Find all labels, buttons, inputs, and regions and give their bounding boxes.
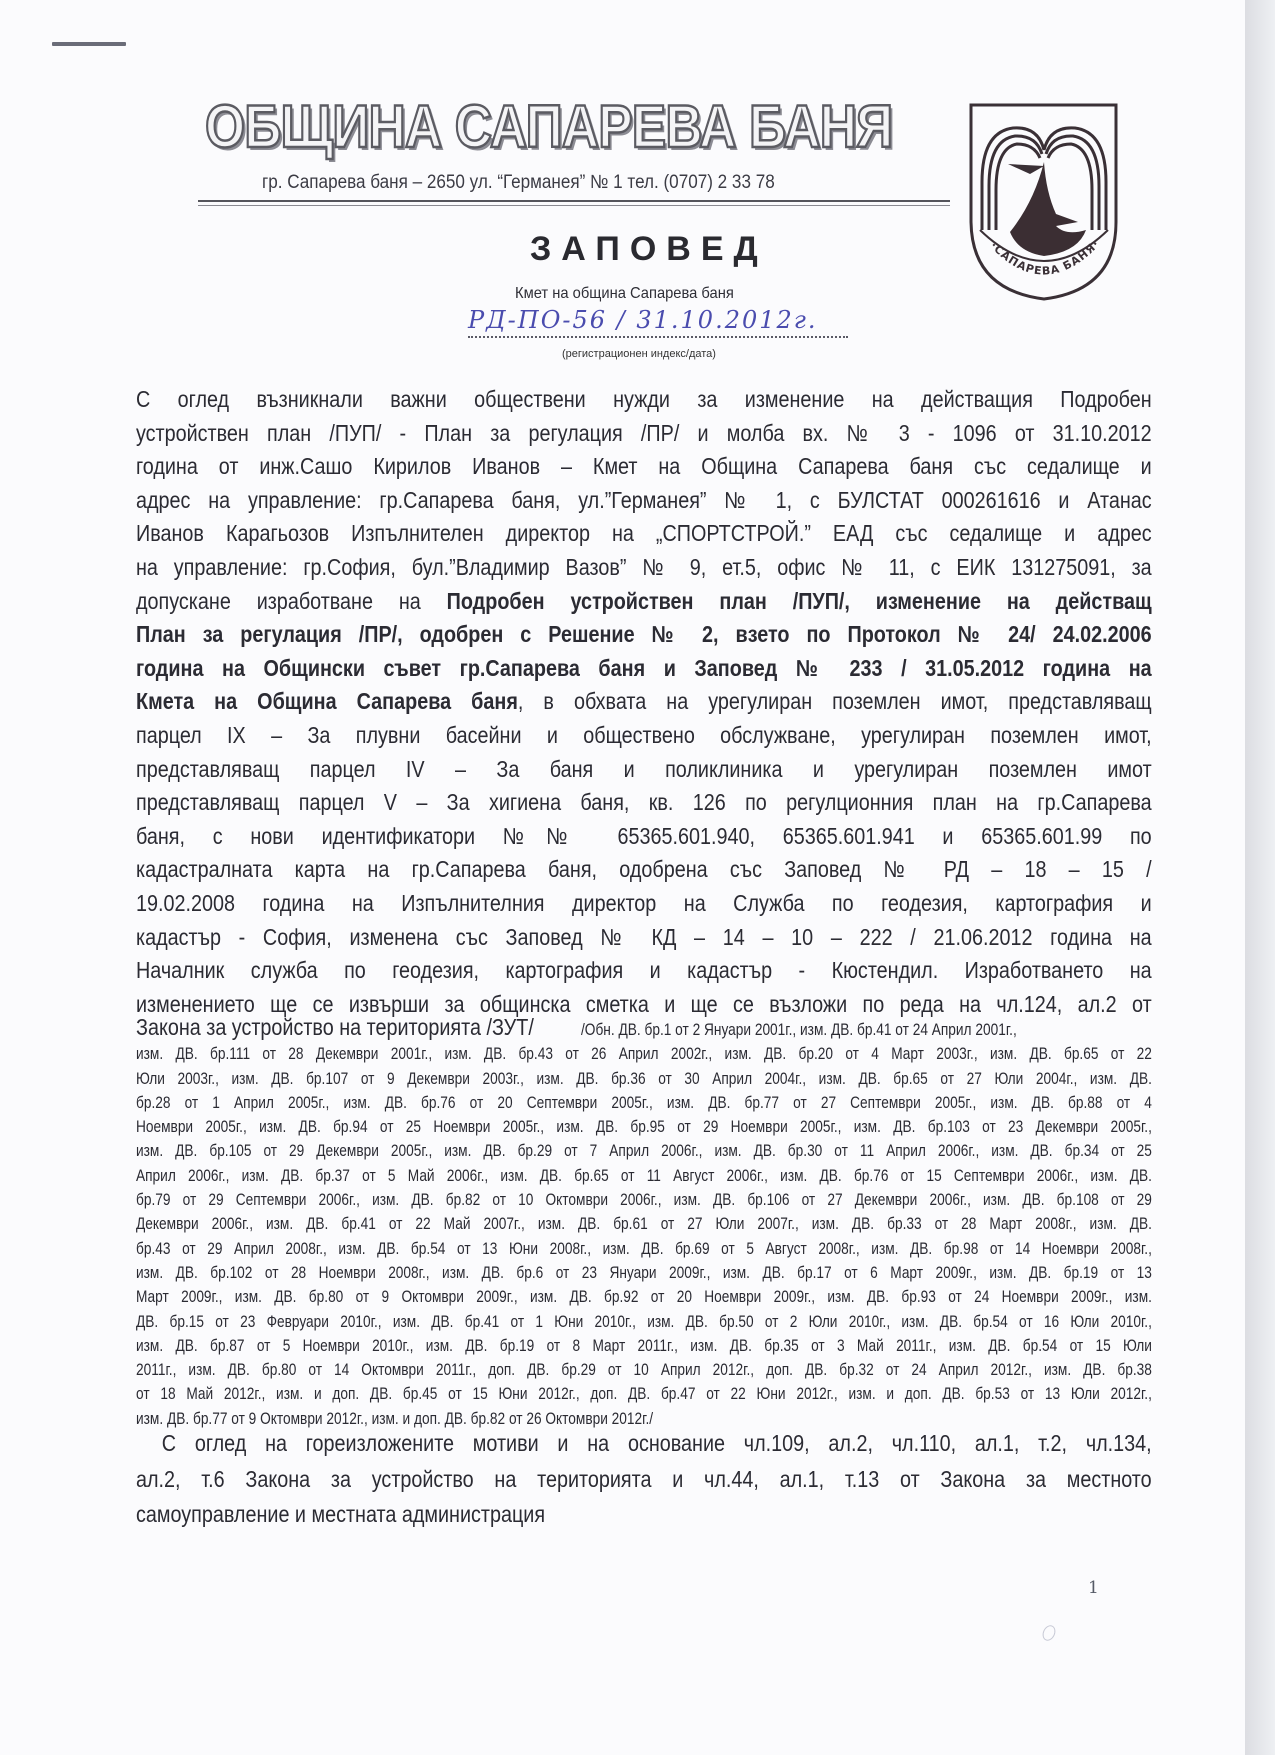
amendment-line: изм. ДВ. бр.105 от 29 Декември 2005г., и… xyxy=(136,1139,1152,1163)
body-line: Кмета на Община Сапарева баня, в обхвата… xyxy=(136,685,1152,719)
body-paragraph: С оглед възникнали важни обществени нужд… xyxy=(136,383,1152,1021)
registration-number-handwritten: РД-ПО-56 / 31.10.2012г. xyxy=(468,306,848,338)
closing-paragraph: С оглед на гореизложените мотиви и на ос… xyxy=(136,1426,1152,1533)
amendment-line: бр.79 от 29 Септември 2006г., изм. ДВ. б… xyxy=(136,1188,1152,1212)
body-line: допускане изработване на Подробен устрой… xyxy=(136,585,1152,619)
body-line: С оглед възникнали важни обществени нужд… xyxy=(136,383,1152,417)
org-address: гр. Сапарева баня – 2650 ул. “Германея” … xyxy=(262,172,775,194)
amendment-line: изм. ДВ. бр.102 от 28 Ноември 2008г., из… xyxy=(136,1261,1152,1285)
body-line: адрес на управление: гр.Сапарева баня, у… xyxy=(136,484,1152,518)
body-line: 19.02.2008 година на Изпълнителния дирек… xyxy=(136,887,1152,921)
closing-line: С оглед на гореизложените мотиви и на ос… xyxy=(136,1426,1152,1462)
corner-mark xyxy=(52,42,126,46)
amendment-line: Ноември 2005г., изм. ДВ. бр.94 от 25 Ное… xyxy=(136,1115,1152,1139)
closing-line: самоуправление и местната администрация xyxy=(136,1497,1152,1533)
body-line: парцел IX – За плувни басейни и обществе… xyxy=(136,719,1152,753)
body-line: баня, с нови идентификатори №№ 65365.601… xyxy=(136,820,1152,854)
document-title: ЗАПОВЕД xyxy=(530,230,768,269)
amendment-line: Юли 2003г., изм. ДВ. бр.107 от 9 Декемвр… xyxy=(136,1067,1152,1091)
header-rule xyxy=(198,200,950,206)
body-line: представляващ парцел V – За хигиена баня… xyxy=(136,786,1152,820)
body-line: устройствен план /ПУП/ - План за регулац… xyxy=(136,417,1152,451)
issuer-line: Кмет на община Сапарева баня xyxy=(515,285,734,303)
municipality-crest-icon: ·САПАРЕВА БАНЯ· xyxy=(968,102,1120,302)
page-number: 1 xyxy=(1088,1578,1099,1598)
amendment-line: 2011г., изм. ДВ. бр.80 от 14 Октомври 20… xyxy=(136,1358,1152,1382)
body-line: Иванов Карагьозов Изпълнителен директор … xyxy=(136,517,1152,551)
amendment-line: изм. ДВ. бр.111 от 28 Декември 2001г., и… xyxy=(136,1042,1152,1066)
body-line: година от инж.Сашо Кирилов Иванов – Кмет… xyxy=(136,450,1152,484)
amendment-line: /Обн. ДВ. бр.1 от 2 Януари 2001г., изм. … xyxy=(581,1018,1150,1042)
body-line: План за регулация /ПР/, одобрен с Решени… xyxy=(136,618,1152,652)
amendment-line: бр.28 от 1 Април 2005г., изм. ДВ. бр.76 … xyxy=(136,1091,1152,1115)
body-line: кадастралната карта на гр.Сапарева баня,… xyxy=(136,853,1152,887)
org-name: ОБЩИНА САПАРЕВА БАНЯ xyxy=(205,92,824,161)
amendment-line: от 18 Май 2012г., изм. и доп. ДВ. бр.45 … xyxy=(136,1382,1152,1406)
amendment-line: Март 2009г., изм. ДВ. бр.80 от 9 Октомвр… xyxy=(136,1285,1152,1309)
body-line: на управление: гр.София, бул.”Владимир В… xyxy=(136,551,1152,585)
body-line: Началник служба по геодезия, картография… xyxy=(136,954,1152,988)
body-line: година на Общински съвет гр.Сапарева бан… xyxy=(136,652,1152,686)
closing-line: ал.2, т.6 Закона за устройство на терито… xyxy=(136,1462,1152,1498)
amendment-line: Декември 2006г., изм. ДВ. бр.41 от 22 Ма… xyxy=(136,1212,1152,1236)
amendment-line: бр.43 от 29 Април 2008г., изм. ДВ. бр.54… xyxy=(136,1237,1152,1261)
registration-caption: (регистрационен индекс/дата) xyxy=(562,348,716,360)
amendment-line: Април 2006г., изм. ДВ. бр.37 от 5 Май 20… xyxy=(136,1164,1152,1188)
body-line: представляващ парцел IV – За баня и поли… xyxy=(136,753,1152,787)
body-line: кадастър - София, изменена със Заповед №… xyxy=(136,921,1152,955)
amendment-line: изм. ДВ. бр.87 от 5 Ноември 2010г., изм.… xyxy=(136,1334,1152,1358)
scanner-edge xyxy=(1245,0,1275,1755)
amendment-line: ДВ. бр.15 от 23 Февруари 2010г., изм. ДВ… xyxy=(136,1310,1152,1334)
